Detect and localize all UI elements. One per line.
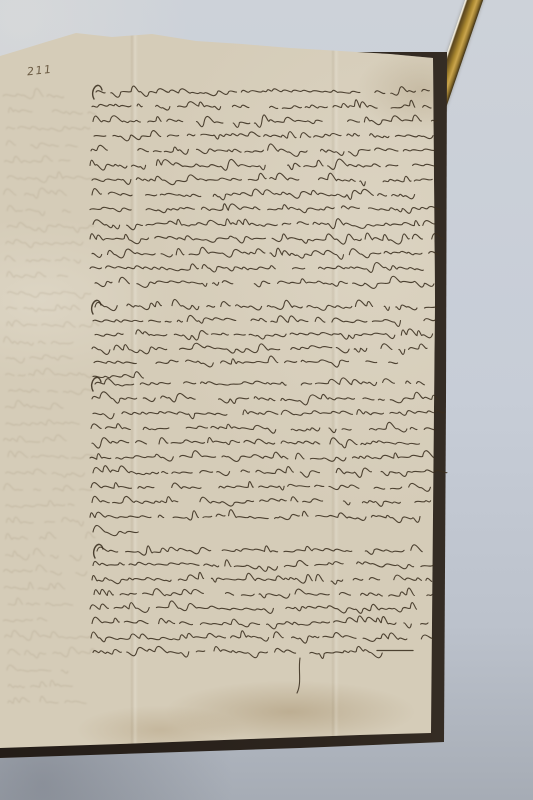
manuscript-page [0,0,533,800]
paper-creases [0,0,533,800]
paper-stains [0,0,533,800]
photo-backdrop: 211 [0,0,533,800]
folio-number: 211 [26,63,53,79]
